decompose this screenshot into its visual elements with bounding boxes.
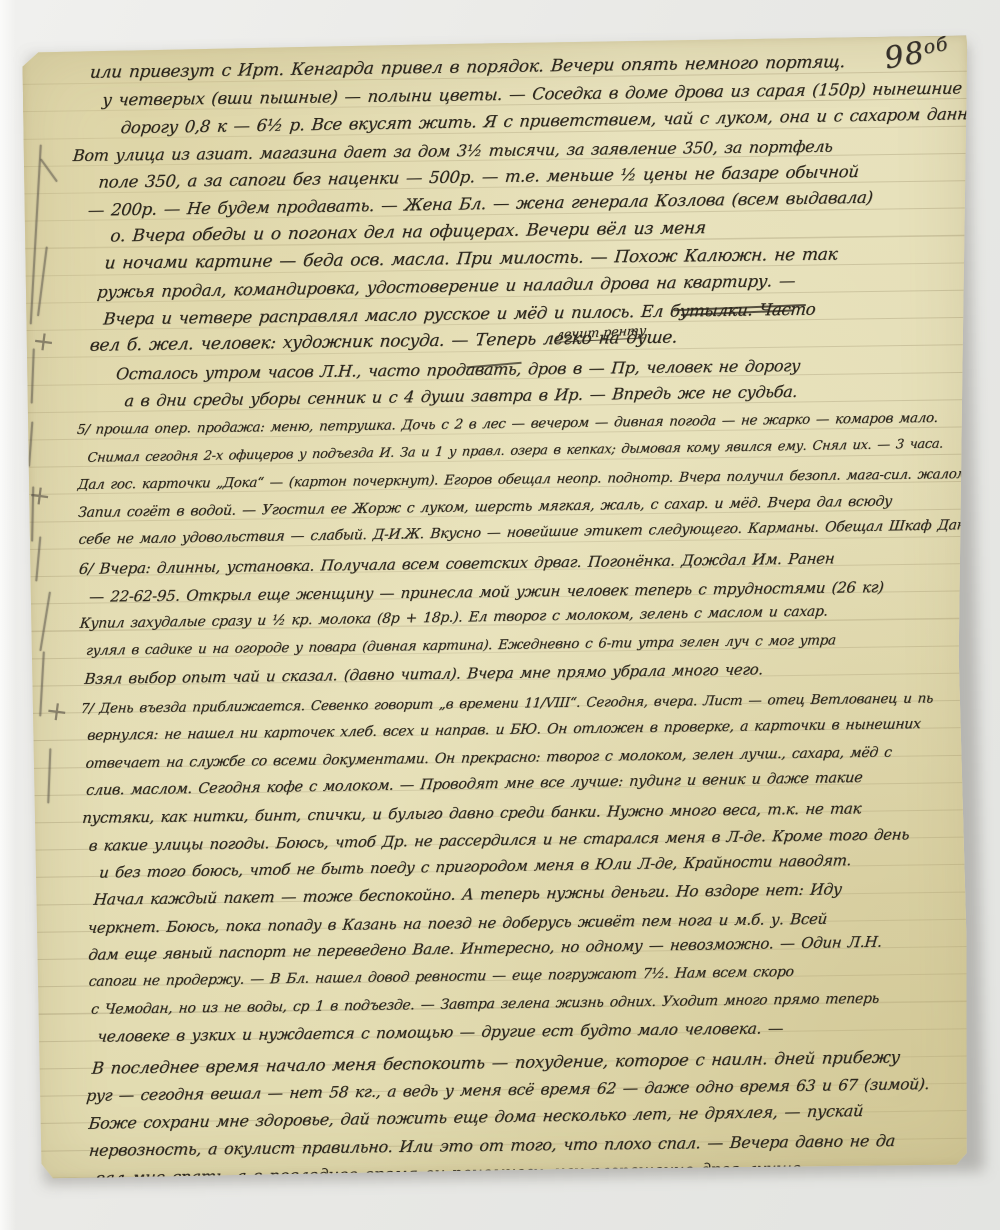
manuscript-sheet: 98об или привезут с Ирт. Кенгарда привел…	[22, 35, 983, 1178]
pencil-stroke-mark	[31, 487, 34, 542]
pencil-cross-mark: +	[27, 479, 53, 513]
text-lines: или привезут с Ирт. Кенгарда привел в по…	[70, 47, 991, 1192]
pencil-stroke-mark	[47, 748, 51, 803]
pencil-stroke-mark	[37, 247, 48, 317]
pencil-cross-mark: +	[44, 695, 70, 729]
pencil-stroke-mark	[28, 422, 33, 467]
pencil-stroke-mark	[35, 536, 41, 581]
pencil-stroke-mark	[40, 158, 58, 182]
pencil-stroke-mark	[39, 651, 45, 716]
pencil-stroke-mark	[31, 349, 35, 404]
pencil-stroke-mark	[39, 592, 51, 652]
